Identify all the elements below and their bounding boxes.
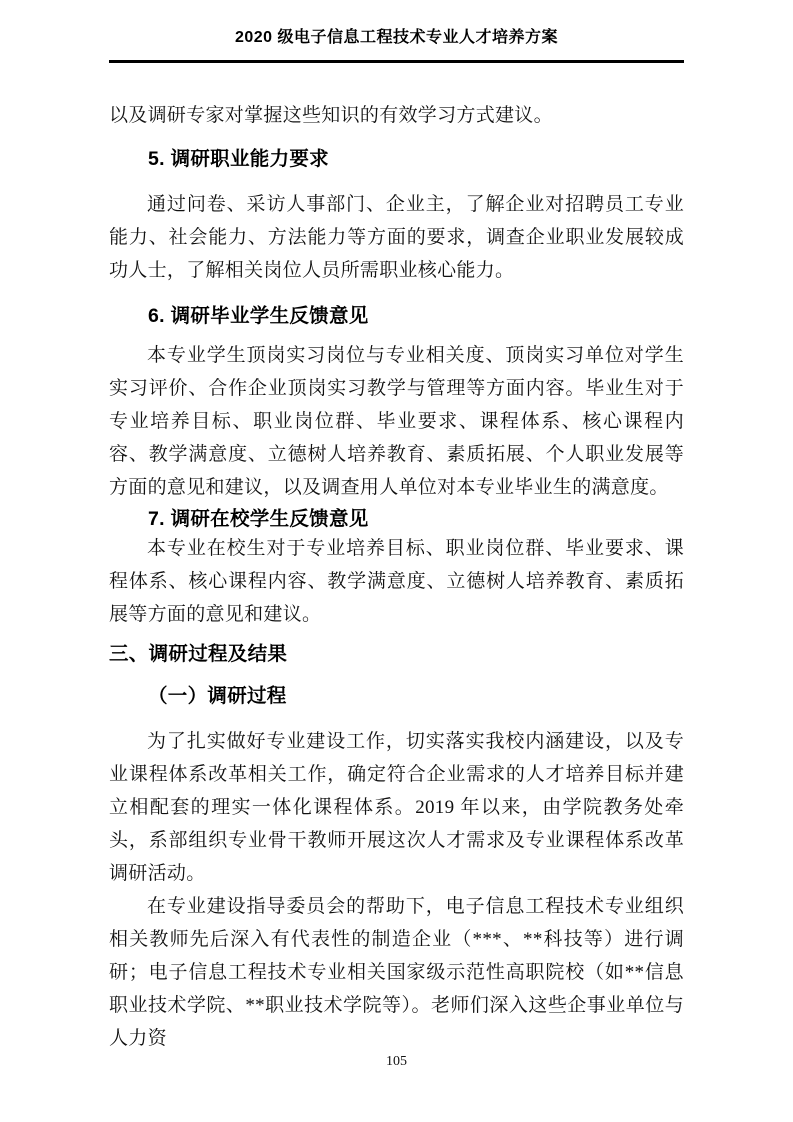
page-footer: 105 [0, 1052, 793, 1070]
chapter-heading: 三、调研过程及结果 [109, 641, 684, 667]
page-number: 105 [386, 1054, 407, 1069]
section-heading: 5. 调研职业能力要求 [109, 146, 684, 172]
document-body: 以及调研专家对掌握这些知识的有效学习方式建议。5. 调研职业能力要求通过问卷、采… [109, 99, 684, 1055]
header-double-rule [109, 60, 684, 63]
body-paragraph: 通过问卷、采访人事部门、企业主，了解企业对招聘员工专业能力、社会能力、方法能力等… [109, 188, 684, 287]
body-paragraph: 本专业在校生对于专业培养目标、职业岗位群、毕业要求、课程体系、核心课程内容、教学… [109, 532, 684, 631]
page-header: 2020 级电子信息工程技术专业人才培养方案 [109, 0, 684, 63]
body-paragraph-continued: 以及调研专家对掌握这些知识的有效学习方式建议。 [109, 99, 684, 132]
page-title: 2020 级电子信息工程技术专业人才培养方案 [109, 28, 684, 48]
body-paragraph: 本专业学生顶岗实习岗位与专业相关度、顶岗实习单位对学生实习评价、合作企业顶岗实习… [109, 339, 684, 504]
document-page: 2020 级电子信息工程技术专业人才培养方案 以及调研专家对掌握这些知识的有效学… [0, 0, 793, 1122]
subsection-heading: （一）调研过程 [109, 683, 684, 709]
body-paragraph: 为了扎实做好专业建设工作，切实落实我校内涵建设，以及专业课程体系改革相关工作，确… [109, 725, 684, 890]
section-heading: 6. 调研毕业学生反馈意见 [109, 303, 684, 329]
body-paragraph: 在专业建设指导委员会的帮助下，电子信息工程技术专业组织相关教师先后深入有代表性的… [109, 890, 684, 1055]
section-heading: 7. 调研在校学生反馈意见 [109, 506, 684, 532]
